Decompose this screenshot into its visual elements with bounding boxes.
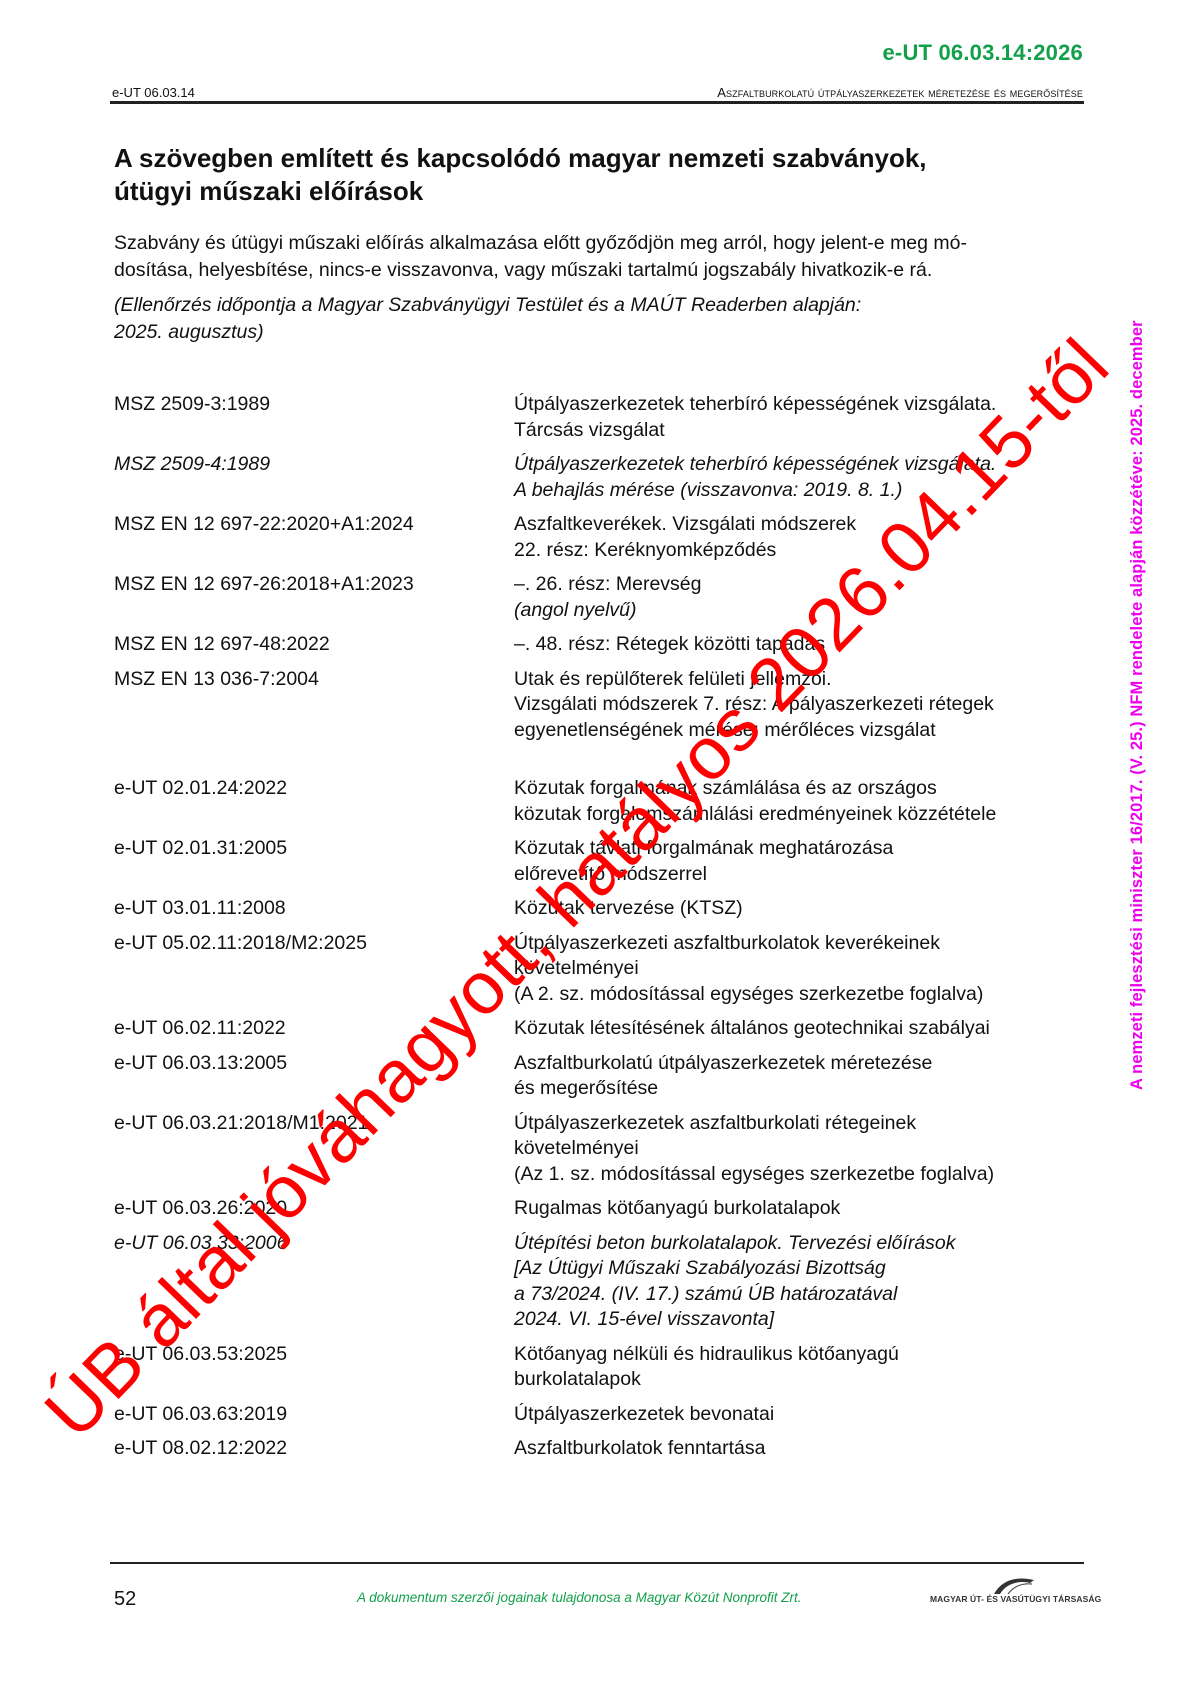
reference-code: e-UT 03.01.11:2008: [114, 896, 514, 922]
footer-rule: [110, 1562, 1084, 1564]
reference-title-text: Közutak tervezése (KTSZ): [514, 897, 743, 919]
publisher-logo: MAGYAR ÚT- ÉS VASÚTÜGYI TÁRSASÁG: [930, 1574, 1090, 1618]
reference-title: Közutak forgalmának számlálása és az ors…: [514, 776, 1074, 827]
running-header-right: Aszfaltburkolatú útpályaszerkezetek mére…: [717, 85, 1083, 100]
reference-title-text: Közutak távlati forgalmának meghatározás…: [514, 837, 893, 885]
reference-title-text: –. 26. rész: Merevség: [514, 573, 702, 595]
logo-text: MAGYAR ÚT- ÉS VASÚTÜGYI TÁRSASÁG: [930, 1594, 1101, 1604]
road-curve-logo-icon: [990, 1574, 1038, 1596]
reference-code: e-UT 06.03.63:2019: [114, 1402, 514, 1428]
reference-title: Közutak távlati forgalmának meghatározás…: [514, 836, 1074, 887]
reference-title-text: Útpályaszerkezeti aszfaltburkolatok keve…: [514, 932, 983, 1005]
reference-code: e-UT 08.02.12:2022: [114, 1436, 514, 1462]
reference-row: e-UT 02.01.24:2022Közutak forgalmának sz…: [114, 776, 1074, 827]
reference-code: e-UT 06.03.21:2018/M1:2021: [114, 1111, 514, 1188]
running-header-left: e-UT 06.03.14: [112, 85, 195, 100]
reference-row: e-UT 05.02.11:2018/M2:2025Útpályaszerkez…: [114, 931, 1074, 1008]
reference-row: e-UT 06.03.63:2019Útpályaszerkezetek bev…: [114, 1402, 1074, 1428]
reference-title: –. 26. rész: Merevség(angol nyelvű): [514, 572, 1074, 623]
reference-row: MSZ 2509-3:1989Útpályaszerkezetek teherb…: [114, 392, 1074, 443]
reference-title: Aszfaltkeverékek. Vizsgálati módszerek 2…: [514, 512, 1074, 563]
reference-title: Útpályaszerkezetek aszfaltburkolati réte…: [514, 1111, 1074, 1188]
reference-row: e-UT 06.03.21:2018/M1:2021Útpályaszerkez…: [114, 1111, 1074, 1188]
reference-list: MSZ 2509-3:1989Útpályaszerkezetek teherb…: [114, 392, 1074, 1462]
reference-code: MSZ EN 13 036-7:2004: [114, 667, 514, 744]
reference-code: e-UT 06.03.33:2006: [114, 1231, 514, 1333]
reference-code: e-UT 05.02.11:2018/M2:2025: [114, 931, 514, 1008]
reference-title: Kötőanyag nélküli és hidraulikus kötőany…: [514, 1342, 1074, 1393]
reference-title: Közutak tervezése (KTSZ): [514, 896, 1074, 922]
reference-title-text: Útpályaszerkezetek teherbíró képességéne…: [514, 453, 996, 501]
reference-title: Aszfaltburkolatú útpályaszerkezetek mére…: [514, 1051, 1074, 1102]
reference-code: MSZ 2509-4:1989: [114, 452, 514, 503]
reference-code: e-UT 06.02.11:2022: [114, 1016, 514, 1042]
reference-title-text: Aszfaltkeverékek. Vizsgálati módszerek 2…: [514, 513, 856, 561]
reference-title-text: –. 48. rész: Rétegek közötti tapadás: [514, 633, 825, 655]
reference-title-text: Aszfaltburkolatok fenntartása: [514, 1437, 765, 1459]
intro-line-1: Szabvány és útügyi műszaki előírás alkal…: [114, 232, 967, 254]
reference-code: MSZ EN 12 697-26:2018+A1:2023: [114, 572, 514, 623]
reference-row: e-UT 03.01.11:2008Közutak tervezése (KTS…: [114, 896, 1074, 922]
reference-row: MSZ EN 12 697-22:2020+A1:2024Aszfaltkeve…: [114, 512, 1074, 563]
reference-row: MSZ EN 12 697-26:2018+A1:2023–. 26. rész…: [114, 572, 1074, 623]
reference-title-text: Útpályaszerkezetek bevonatai: [514, 1403, 774, 1425]
reference-title: Közutak létesítésének általános geotechn…: [514, 1016, 1074, 1042]
reference-row: e-UT 08.02.12:2022Aszfaltburkolatok fenn…: [114, 1436, 1074, 1462]
reference-row: MSZ EN 12 697-48:2022–. 48. rész: Rétege…: [114, 632, 1074, 658]
reference-title: Útpályaszerkezeti aszfaltburkolatok keve…: [514, 931, 1074, 1008]
check-note-line-2: 2025. augusztus): [114, 321, 264, 343]
reference-title-text: Közutak forgalmának számlálása és az ors…: [514, 777, 996, 825]
reference-title: Útépítési beton burkolatalapok. Tervezés…: [514, 1231, 1074, 1333]
reference-title-text: Rugalmas kötőanyagú burkolatalapok: [514, 1197, 840, 1219]
reference-row: e-UT 06.02.11:2022Közutak létesítésének …: [114, 1016, 1074, 1042]
reference-title-text: Kötőanyag nélküli és hidraulikus kötőany…: [514, 1343, 899, 1391]
reference-title-note: (angol nyelvű): [514, 599, 636, 621]
title-line-1: A szövegben említett és kapcsolódó magya…: [114, 143, 927, 173]
reference-title-text: Útpályaszerkezetek teherbíró képességéne…: [514, 393, 996, 441]
reference-title-text: Útpályaszerkezetek aszfaltburkolati réte…: [514, 1112, 994, 1185]
check-note-line-1: (Ellenőrzés időpontja a Magyar Szabványü…: [114, 294, 861, 316]
reference-row: e-UT 06.03.33:2006Útépítési beton burkol…: [114, 1231, 1074, 1333]
reference-row: e-UT 06.03.53:2025Kötőanyag nélküli és h…: [114, 1342, 1074, 1393]
page-title: A szövegben említett és kapcsolódó magya…: [114, 142, 1014, 208]
reference-title: Útpályaszerkezetek teherbíró képességéne…: [514, 392, 1074, 443]
title-line-2: útügyi műszaki előírások: [114, 176, 423, 206]
reference-title: Utak és repülőterek felületi jellemzői. …: [514, 667, 1074, 744]
reference-code: e-UT 02.01.24:2022: [114, 776, 514, 827]
check-note: (Ellenőrzés időpontja a Magyar Szabványü…: [114, 292, 1014, 346]
doc-code-top: e-UT 06.03.14:2026: [882, 40, 1083, 66]
header-rule: [110, 101, 1084, 104]
page-number: 52: [114, 1588, 136, 1611]
reference-title: Útpályaszerkezetek teherbíró képességéne…: [514, 452, 1074, 503]
reference-code: MSZ 2509-3:1989: [114, 392, 514, 443]
reference-title: –. 48. rész: Rétegek közötti tapadás: [514, 632, 1074, 658]
reference-code: e-UT 02.01.31:2005: [114, 836, 514, 887]
reference-row: MSZ EN 13 036-7:2004Utak és repülőterek …: [114, 667, 1074, 744]
reference-title-text: Aszfaltburkolatú útpályaszerkezetek mére…: [514, 1052, 932, 1100]
copyright-notice: A dokumentum szerzői jogainak tulajdonos…: [357, 1590, 801, 1605]
reference-code: e-UT 06.03.26:2020: [114, 1196, 514, 1222]
reference-row: e-UT 06.03.13:2005Aszfaltburkolatú útpál…: [114, 1051, 1074, 1102]
reference-row: MSZ 2509-4:1989Útpályaszerkezetek teherb…: [114, 452, 1074, 503]
reference-title: Rugalmas kötőanyagú burkolatalapok: [514, 1196, 1074, 1222]
reference-code: MSZ EN 12 697-22:2020+A1:2024: [114, 512, 514, 563]
intro-line-2: dosítása, helyesbítése, nincs-e visszavo…: [114, 259, 932, 281]
reference-title-text: Útépítési beton burkolatalapok. Tervezés…: [514, 1232, 956, 1331]
reference-title: Aszfaltburkolatok fenntartása: [514, 1436, 1074, 1462]
side-publication-note: A nemzeti fejlesztési miniszter 16/2017.…: [1128, 320, 1147, 1090]
reference-code: e-UT 06.03.13:2005: [114, 1051, 514, 1102]
reference-title-text: Utak és repülőterek felületi jellemzői. …: [514, 668, 994, 741]
reference-row: e-UT 06.03.26:2020Rugalmas kötőanyagú bu…: [114, 1196, 1074, 1222]
reference-row: e-UT 02.01.31:2005Közutak távlati forgal…: [114, 836, 1074, 887]
reference-code: e-UT 06.03.53:2025: [114, 1342, 514, 1393]
intro-paragraph: Szabvány és útügyi műszaki előírás alkal…: [114, 230, 1074, 284]
reference-title: Útpályaszerkezetek bevonatai: [514, 1402, 1074, 1428]
reference-code: MSZ EN 12 697-48:2022: [114, 632, 514, 658]
reference-title-text: Közutak létesítésének általános geotechn…: [514, 1017, 990, 1039]
